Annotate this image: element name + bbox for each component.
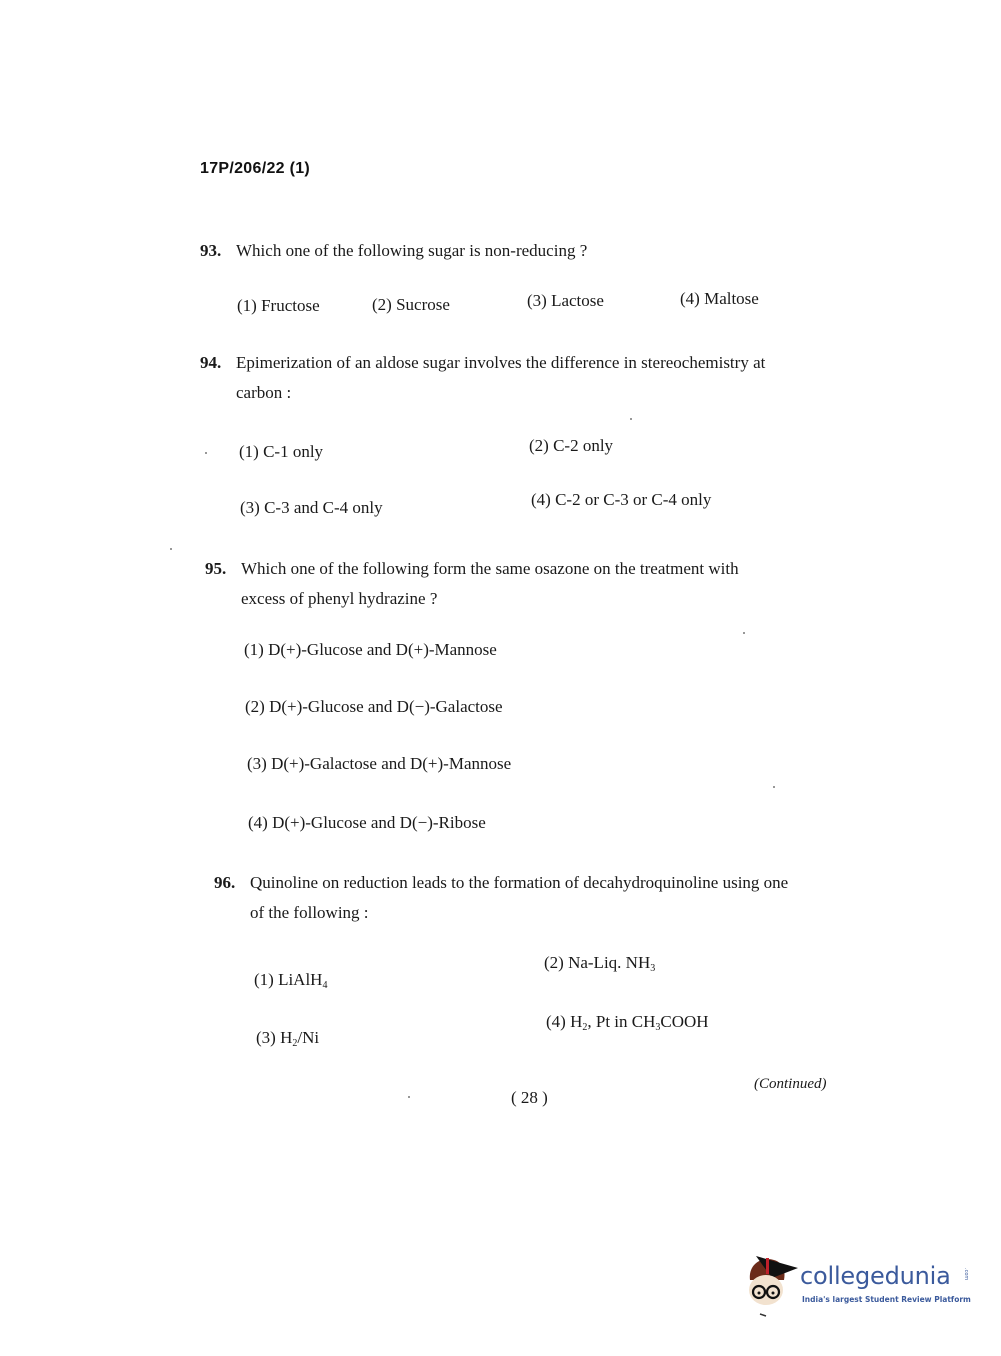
option-94-4: (4) C-2 or C-3 or C-4 only [531,490,711,510]
option-text: /Ni [297,1028,319,1047]
scan-speck [205,452,207,454]
paper-code: 17P/206/22 (1) [200,160,310,178]
option-95-3: (3) D(+)-Galactose and D(+)-Mannose [247,754,511,774]
option-text: (1) LiAlH [254,970,322,989]
subscript: 4 [322,980,327,991]
option-93-3: (3) Lactose [527,291,604,311]
question-text: Which one of the following sugar is non-… [236,241,587,260]
scan-speck [408,1096,410,1098]
continued-label: (Continued) [754,1076,827,1093]
question-94: 94.Epimerization of an aldose sugar invo… [200,348,840,408]
option-96-1: (1) LiAlH4 [254,970,327,990]
option-text: COOH [660,1012,708,1031]
page-number: ( 28 ) [511,1088,548,1108]
brand-name: collegedunia [800,1262,951,1290]
question-text: Which one of the following form the same… [241,559,739,578]
option-94-1: (1) C-1 only [239,442,323,462]
option-96-3: (3) H2/Ni [256,1028,319,1048]
question-text: Epimerization of an aldose sugar involve… [236,353,765,372]
option-96-4: (4) H2, Pt in CH3COOH [546,1012,709,1032]
option-95-1: (1) D(+)-Glucose and D(+)-Mannose [244,640,497,660]
question-93: 93.Which one of the following sugar is n… [200,236,840,266]
question-number: 93. [200,236,236,266]
scan-speck [630,418,632,420]
option-94-2: (2) C-2 only [529,436,613,456]
brand-tagline: India's largest Student Review Platform [802,1295,971,1304]
scan-speck [743,632,745,634]
question-96: 96.Quinoline on reduction leads to the f… [214,868,854,928]
option-95-2: (2) D(+)-Glucose and D(−)-Galactose [245,697,503,717]
question-number: 95. [205,554,241,584]
scan-speck [170,548,172,550]
option-text: , Pt in CH [587,1012,655,1031]
question-95: 95.Which one of the following form the s… [205,554,845,614]
subscript: 3 [650,963,655,974]
option-93-4: (4) Maltose [680,289,759,309]
option-text: (3) H [256,1028,292,1047]
option-94-3: (3) C-3 and C-4 only [240,498,383,518]
question-text: Quinoline on reduction leads to the form… [250,873,788,892]
question-text-continued: carbon : [200,378,840,408]
option-95-4: (4) D(+)-Glucose and D(−)-Ribose [248,813,486,833]
option-text: (2) Na-Liq. NH [544,953,650,972]
collegedunia-logo: collegedunia .com India's largest Studen… [742,1250,972,1320]
option-93-1: (1) Fructose [237,296,320,316]
question-text-continued: of the following : [214,898,854,928]
option-93-2: (2) Sucrose [372,295,450,315]
question-number: 94. [200,348,236,378]
brand-domain: .com [963,1268,969,1280]
question-number: 96. [214,868,250,898]
question-text-continued: excess of phenyl hydrazine ? [205,584,845,614]
option-text: (4) H [546,1012,582,1031]
mascot-icon [742,1250,802,1320]
option-96-2: (2) Na-Liq. NH3 [544,953,655,973]
scan-speck [773,786,775,788]
